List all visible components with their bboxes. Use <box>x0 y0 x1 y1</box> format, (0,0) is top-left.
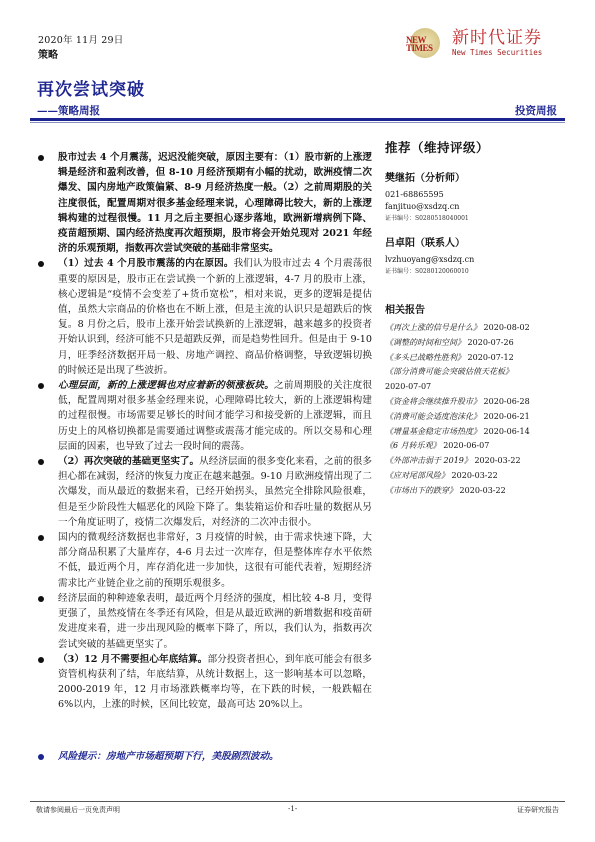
logo-name-cn: 新时代证券 <box>452 28 542 48</box>
related-report-title: 《部分消费可能会突破估值天花板》 <box>385 367 513 376</box>
related-report-item[interactable]: 《多头已战略性胜利》 2020-07-12 <box>385 351 570 366</box>
related-report-item[interactable]: 《调整的时间和空间》 2020-07-26 <box>385 336 570 351</box>
related-report-title: 《外部冲击弱于 2019》 <box>385 456 472 465</box>
analyst-email[interactable]: fanjituo@xsdzq.cn <box>385 201 469 213</box>
analyst-phone: 021-68865595 <box>385 189 469 201</box>
related-report-item[interactable]: 《外部冲击弱于 2019》 2020-03-22 <box>385 454 570 469</box>
report-body: 股市过去 4 个月震荡，迟迟没能突破，原因主要有：（1）股市新的上涨逻辑是经济和… <box>38 150 372 764</box>
bullet-text: 我们认为股市过去 4 个月震荡很重要的原因是，股市正在尝试换一个新的上涨逻辑，4… <box>58 258 372 375</box>
analyst-card: 樊继拓（分析师） 021-68865595 fanjituo@xsdzq.cn … <box>385 171 469 225</box>
related-report-date: 2020-06-14 <box>484 427 530 436</box>
related-report-title: 《6 月转乐观》 <box>385 441 441 450</box>
contact-cert: 证书编号：S0280120060010 <box>385 266 474 278</box>
related-report-item[interactable]: 《再次上涨的信号是什么》 2020-08-02 <box>385 321 570 336</box>
logo-emblem-icon: NEW TIMES <box>410 28 440 58</box>
related-report-date: 2020-08-02 <box>484 323 530 332</box>
bullet-text: 股市过去 4 个月震荡，迟迟没能突破，原因主要有：（1）股市新的上涨逻辑是经济和… <box>58 152 372 254</box>
related-report-title: 《消费可能会适度泡沫化》 <box>385 412 481 421</box>
bullet-lead: （2）再次突破的基础更坚实了。 <box>58 456 199 467</box>
body-bullet: （1）过去 4 个月股市震荡的内在原因。我们认为股市过去 4 个月震荡很重要的原… <box>38 256 372 378</box>
contact-email[interactable]: lvzhuoyang@xsdzq.cn <box>385 254 474 266</box>
risk-text: 风险提示：房地产市场超预期下行，美股剧烈波动。 <box>58 751 279 762</box>
bullet-text: 国内的微观经济数据也非常好，3 月疫情的时候，由于需求快速下降，大部分商品积累了… <box>58 532 372 589</box>
related-report-date: 2020-07-07 <box>385 382 431 391</box>
related-report-date: 2020-06-07 <box>443 441 489 450</box>
report-category: 策略 <box>38 46 58 61</box>
related-report-item[interactable]: 《应对尾部风险》 2020-03-22 <box>385 469 570 484</box>
footer-label: 证券研究报告 <box>517 805 559 815</box>
related-reports-title: 相关报告 <box>385 301 570 316</box>
bullet-lead: （3）12 月不需要担心年底结算。 <box>58 654 207 665</box>
page-number: -1- <box>288 805 297 813</box>
body-bullet: 心理层面，新的上涨逻辑也对应着新的领涨板块。之前周期股的关注度很低，配置周期对很… <box>38 378 372 454</box>
footer-divider <box>30 801 565 802</box>
related-report-title: 《资金将会继续推升股市》 <box>385 397 481 406</box>
header-divider <box>30 118 565 121</box>
report-date: 2020年 11月 29日 <box>38 32 124 46</box>
body-bullet: 经济层面的种种迹象表明，最近两个月经济的强度，相比较 4-8 月，变得更强了，虽… <box>38 591 372 652</box>
report-title: 再次尝试突破 <box>37 75 145 100</box>
related-report-item[interactable]: 《增量基金稳定市场热度》 2020-06-14 <box>385 425 570 440</box>
related-report-item[interactable]: 《6 月转乐观》 2020-06-07 <box>385 439 570 454</box>
related-report-item[interactable]: 《消费可能会适度泡沫化》 2020-06-21 <box>385 410 570 425</box>
body-bullet: （2）再次突破的基础更坚实了。从经济层面的很多变化来看，之前的很多担心都在减弱，… <box>38 454 372 530</box>
bullet-lead: （1）过去 4 个月股市震荡的内在原因。 <box>58 258 234 269</box>
related-report-date: 2020-07-26 <box>468 338 514 347</box>
related-report-date: 2020-06-21 <box>484 412 530 421</box>
related-report-date: 2020-03-22 <box>460 486 506 495</box>
bullet-text: 经济层面的种种迹象表明，最近两个月经济的强度，相比较 4-8 月，变得更强了，虽… <box>58 593 372 650</box>
related-reports: 相关报告 《再次上涨的信号是什么》 2020-08-02 《调整的时间和空间》 … <box>385 301 570 499</box>
body-bullet: （3）12 月不需要担心年底结算。部分投资者担心，到年底可能会有很多资管机构获利… <box>38 652 372 713</box>
rating-label: 推荐（维持评级） <box>385 138 489 156</box>
related-report-item[interactable]: 《部分消费可能会突破估值天花板》2020-07-07 <box>385 365 570 395</box>
contact-name: 吕卓阳（联系人） <box>385 236 474 252</box>
logo-mark-line2: TIMES <box>406 44 433 53</box>
related-report-date: 2020-07-12 <box>468 353 514 362</box>
analyst-cert: 证书编号：S0280518040001 <box>385 213 469 225</box>
related-report-item[interactable]: 《资金将会继续推升股市》 2020-06-28 <box>385 395 570 410</box>
summary-bullet: 股市过去 4 个月震荡，迟迟没能突破，原因主要有：（1）股市新的上涨逻辑是经济和… <box>38 150 372 256</box>
related-report-title: 《市场出下的跌穿》 <box>385 486 457 495</box>
logo-name-en: New Times Securities <box>452 48 542 58</box>
related-report-title: 《调整的时间和空间》 <box>385 338 465 347</box>
related-report-title: 《再次上涨的信号是什么》 <box>385 323 481 332</box>
related-report-item[interactable]: 《市场出下的跌穿》 2020-03-22 <box>385 484 570 499</box>
company-logo: NEW TIMES 新时代证券 New Times Securities <box>410 28 542 58</box>
related-report-date: 2020-03-22 <box>474 456 520 465</box>
report-subtitle: ——策略周报 <box>37 103 100 118</box>
analyst-name: 樊继拓（分析师） <box>385 171 469 187</box>
footer-disclaimer: 敬请参阅最后一页免责声明 <box>36 805 120 815</box>
related-report-title: 《应对尾部风险》 <box>385 471 449 480</box>
related-report-date: 2020-03-22 <box>452 471 498 480</box>
related-report-date: 2020-06-28 <box>484 397 530 406</box>
body-bullet: 国内的微观经济数据也非常好，3 月疫情的时候，由于需求快速下降，大部分商品积累了… <box>38 530 372 591</box>
header-divider-thin <box>30 122 565 123</box>
risk-warning: 风险提示：房地产市场超预期下行，美股剧烈波动。 <box>38 749 372 764</box>
contact-card: 吕卓阳（联系人） lvzhuoyang@xsdzq.cn 证书编号：S02801… <box>385 236 474 278</box>
bullet-lead: 心理层面，新的上涨逻辑也对应着新的领涨板块。 <box>58 380 274 391</box>
report-type: 投资周报 <box>515 103 557 118</box>
related-report-title: 《增量基金稳定市场热度》 <box>385 427 481 436</box>
related-report-title: 《多头已战略性胜利》 <box>385 353 465 362</box>
